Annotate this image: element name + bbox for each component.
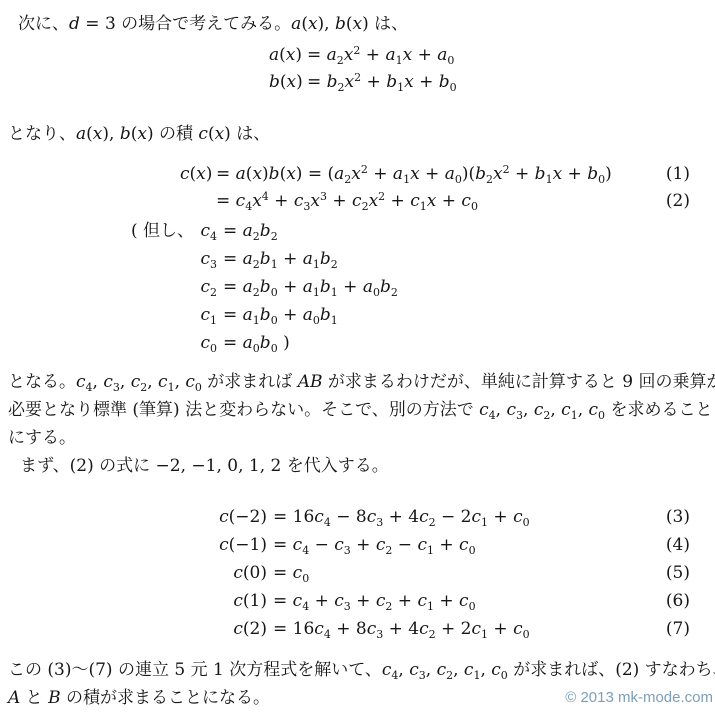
equation-rhs: = 16c4 − 8c3 + 4c2 − 2c1 + c0: [267, 507, 530, 527]
equation-number: (7): [666, 615, 690, 643]
equation-lhs: c(−2): [219, 503, 267, 531]
inline-math: c4, c3, c2, c1, c0: [479, 400, 605, 420]
equation-row: c(2)= 16c4 + 8c3 + 4c2 + 2c1 + c0(7): [219, 615, 708, 643]
inline-math: c(x): [198, 124, 230, 144]
equations-expansion: c(x)= a(x)b(x) = (a2x2 + a1x + a0)(b2x2 …: [8, 161, 708, 215]
equation-rhs: = a2x2 + a1x + a0: [301, 45, 454, 65]
document-page: 次に、d = 3 の場合で考えてみる。a(x), b(x) は、 a(x)= a…: [0, 0, 715, 714]
equation-lhs: c0: [193, 329, 217, 357]
equation-rhs: = a2b1 + a1b2: [217, 249, 338, 269]
equation-number: (2): [666, 188, 690, 215]
equation-rhs: = b2x2 + b1x + b0: [301, 72, 457, 92]
equation-rhs: = c4 − c3 + c2 − c1 + c0: [267, 535, 476, 555]
equation-lhs: c4: [193, 217, 217, 245]
equation-number: (3): [666, 503, 690, 531]
equation-lhs: b(x): [269, 69, 301, 96]
inline-math: A: [8, 688, 20, 708]
equation-rhs: = a0b0 ): [217, 333, 290, 353]
equation-number: (6): [666, 587, 690, 615]
equation-lhs: c(−1): [219, 531, 267, 559]
equation-row: c1= a1b0 + a0b1: [131, 301, 708, 329]
inline-math: a(x), b(x): [291, 14, 369, 34]
equation-row: c(−2)= 16c4 − 8c3 + 4c2 − 2c1 + c0(3): [219, 503, 708, 531]
inline-math: d = 3: [69, 14, 116, 34]
equation-row: c(0)= c0(5): [219, 559, 708, 587]
paragraph-product: となり、a(x), b(x) の積 c(x) は、: [8, 120, 708, 148]
text-line: 次に、d = 3 の場合で考えてみる。a(x), b(x) は、: [8, 10, 708, 38]
equation-row: = c4x4 + c3x3 + c2x2 + c1x + c0(2): [180, 188, 708, 215]
equation-row: b(x)= b2x2 + b1x + b0: [269, 69, 708, 96]
equation-number: (1): [666, 161, 690, 188]
equation-row: ( 但し、c4= a2b2: [131, 217, 708, 245]
text-line: 必要となり標準 (筆算) 法と変わらない。そこで、別の方法で c4, c3, c…: [8, 396, 708, 424]
equation-row: c3= a2b1 + a1b2: [131, 245, 708, 273]
inline-math: c4, c3, c2, c1, c0: [382, 660, 508, 680]
text-line: となり、a(x), b(x) の積 c(x) は、: [8, 120, 708, 148]
equation-number: (4): [666, 531, 690, 559]
inline-math: −2, −1, 0, 1, 2: [156, 456, 282, 476]
paragraph-discussion: となる。c4, c3, c2, c1, c0 が求まれば AB が求まるわけだが…: [8, 368, 708, 452]
equation-rhs: = a2b0 + a1b1 + a0b2: [217, 277, 398, 297]
equation-rhs: = a2b2: [217, 221, 278, 241]
equation-lhs: c(2): [219, 615, 267, 643]
text-line: にする。: [8, 424, 708, 452]
text-line: この (3)〜(7) の連立 5 元 1 次方程式を解いて、c4, c3, c2…: [8, 656, 708, 684]
equations-evaluations: c(−2)= 16c4 − 8c3 + 4c2 − 2c1 + c0(3)c(−…: [8, 503, 708, 643]
equation-lhs: c2: [193, 273, 217, 301]
equation-number: (5): [666, 559, 690, 587]
equations-definitions: a(x)= a2x2 + a1x + a0b(x)= b2x2 + b1x + …: [8, 42, 708, 96]
equation-prefix: ( 但し、: [131, 217, 193, 245]
equation-rhs: = a(x)b(x) = (a2x2 + a1x + a0)(b2x2 + b1…: [210, 164, 612, 184]
equations-conditions: ( 但し、c4= a2b2c3= a2b1 + a1b2c2= a2b0 + a…: [8, 217, 708, 357]
equation-row: c2= a2b0 + a1b1 + a0b2: [131, 273, 708, 301]
equation-lhs: c(x): [180, 161, 210, 188]
text-line: まず、(2) の式に −2, −1, 0, 1, 2 を代入する。: [8, 452, 708, 480]
equation-row: c(x)= a(x)b(x) = (a2x2 + a1x + a0)(b2x2 …: [180, 161, 708, 188]
paragraph-substitute: まず、(2) の式に −2, −1, 0, 1, 2 を代入する。: [8, 452, 708, 480]
equation-lhs: c(0): [219, 559, 267, 587]
inline-math: c4, c3, c2, c1, c0: [76, 372, 202, 392]
copyright-notice: © 2013 mk-mode.com: [565, 689, 713, 707]
inline-math: AB: [298, 372, 323, 392]
equation-row: c0= a0b0 ): [131, 329, 708, 357]
inline-math: B: [48, 688, 61, 708]
equation-row: c(1)= c4 + c3 + c2 + c1 + c0(6): [219, 587, 708, 615]
inline-math: a(x), b(x): [76, 124, 154, 144]
equation-rhs: = c0: [267, 563, 309, 583]
equation-rhs: = c4x4 + c3x3 + c2x2 + c1x + c0: [210, 191, 478, 211]
equation-row: c(−1)= c4 − c3 + c2 − c1 + c0(4): [219, 531, 708, 559]
equation-lhs: a(x): [269, 42, 301, 69]
equation-rhs: = c4 + c3 + c2 + c1 + c0: [267, 591, 476, 611]
text-line: となる。c4, c3, c2, c1, c0 が求まれば AB が求まるわけだが…: [8, 368, 708, 396]
equation-rhs: = a1b0 + a0b1: [217, 305, 338, 325]
equation-lhs: c(1): [219, 587, 267, 615]
equation-lhs: c1: [193, 301, 217, 329]
equation-row: a(x)= a2x2 + a1x + a0: [269, 42, 708, 69]
equation-lhs: c3: [193, 245, 217, 273]
equation-rhs: = 16c4 + 8c3 + 4c2 + 2c1 + c0: [267, 619, 530, 639]
paragraph-intro: 次に、d = 3 の場合で考えてみる。a(x), b(x) は、: [8, 10, 708, 38]
